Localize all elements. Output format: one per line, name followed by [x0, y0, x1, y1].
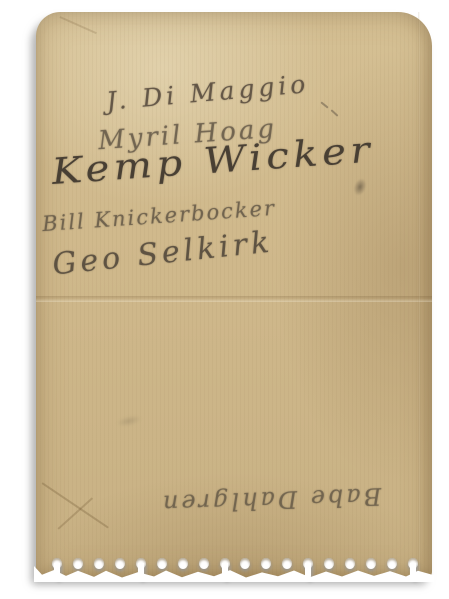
binding-hole: [240, 558, 250, 569]
binding-hole: [303, 558, 313, 569]
pencil-smudge: [351, 176, 368, 197]
binding-hole: [282, 558, 292, 569]
photo-of-autograph-page: J. Di Maggio Myril Hoag Kemp Wicker Bill…: [0, 0, 449, 599]
corner-crease: [41, 482, 108, 528]
faint-smudge: [115, 413, 143, 428]
pencil-tick-mark: [330, 109, 338, 117]
binding-hole: [324, 558, 334, 569]
top-edge-crease: [60, 16, 97, 34]
binding-hole: [199, 558, 209, 569]
horizontal-fold-crease: [36, 296, 432, 302]
spiral-binding-holes: [52, 557, 418, 569]
binding-hole: [408, 558, 418, 569]
binding-hole: [136, 558, 146, 569]
binding-hole: [345, 558, 355, 569]
binding-hole: [220, 558, 230, 569]
binding-hole: [366, 558, 376, 569]
signature-babe-dahlgren-upside-down: Babe Dahlgren: [160, 482, 382, 518]
binding-hole: [178, 558, 188, 569]
signature-j-di-maggio: J. Di Maggio: [105, 69, 310, 116]
binding-hole: [261, 558, 271, 569]
binding-hole: [94, 558, 104, 569]
binding-hole: [157, 558, 167, 569]
binding-hole: [387, 558, 397, 569]
binding-hole: [73, 558, 83, 569]
pencil-tick-mark: [320, 101, 328, 108]
autograph-page: J. Di Maggio Myril Hoag Kemp Wicker Bill…: [36, 12, 432, 578]
binding-hole: [52, 558, 62, 569]
binding-hole: [115, 558, 125, 569]
vertical-crease: [418, 12, 420, 578]
